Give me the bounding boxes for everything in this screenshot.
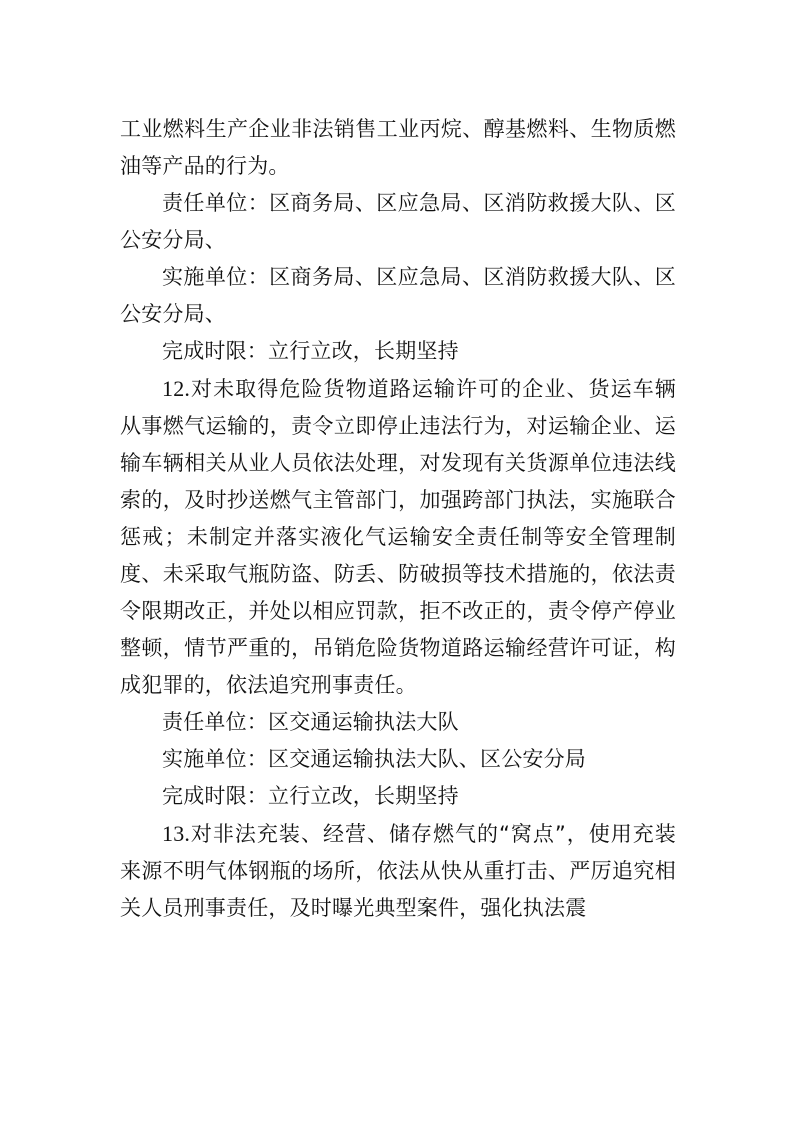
- paragraph-item-12: 12.对未取得危险货物道路运输许可的企业、货运车辆从事燃气运输的，责令立即停止违…: [120, 370, 676, 704]
- paragraph-implementing-unit-11: 实施单位：区商务局、区应急局、区消防救援大队、区公安分局、: [120, 259, 676, 333]
- item-number-12: 12.: [162, 376, 190, 401]
- paragraph-deadline-12: 完成时限：立行立改，长期坚持: [120, 778, 676, 815]
- item-13-text: 对非法充装、经营、储存燃气的“窝点”，使用充装来源不明气体钢瓶的场所，依法从快从…: [120, 822, 676, 920]
- item-number-13: 13.: [162, 821, 190, 846]
- paragraph-deadline-11: 完成时限：立行立改，长期坚持: [120, 333, 676, 370]
- paragraph-responsible-unit-12: 责任单位：区交通运输执法大队: [120, 704, 676, 741]
- paragraph-item-13: 13.对非法充装、经营、储存燃气的“窝点”，使用充装来源不明气体钢瓶的场所，依法…: [120, 815, 676, 927]
- paragraph-responsible-unit-11: 责任单位：区商务局、区应急局、区消防救援大队、区公安分局、: [120, 185, 676, 259]
- item-12-text: 对未取得危险货物道路运输许可的企业、货运车辆从事燃气运输的，责令立即停止违法行为…: [120, 377, 676, 697]
- paragraph-implementing-unit-12: 实施单位：区交通运输执法大队、区公安分局: [120, 741, 676, 778]
- document-page: 工业燃料生产企业非法销售工业丙烷、醇基燃料、生物质燃油等产品的行为。 责任单位：…: [120, 111, 676, 927]
- paragraph-prohibited-sales: 工业燃料生产企业非法销售工业丙烷、醇基燃料、生物质燃油等产品的行为。: [120, 111, 676, 185]
